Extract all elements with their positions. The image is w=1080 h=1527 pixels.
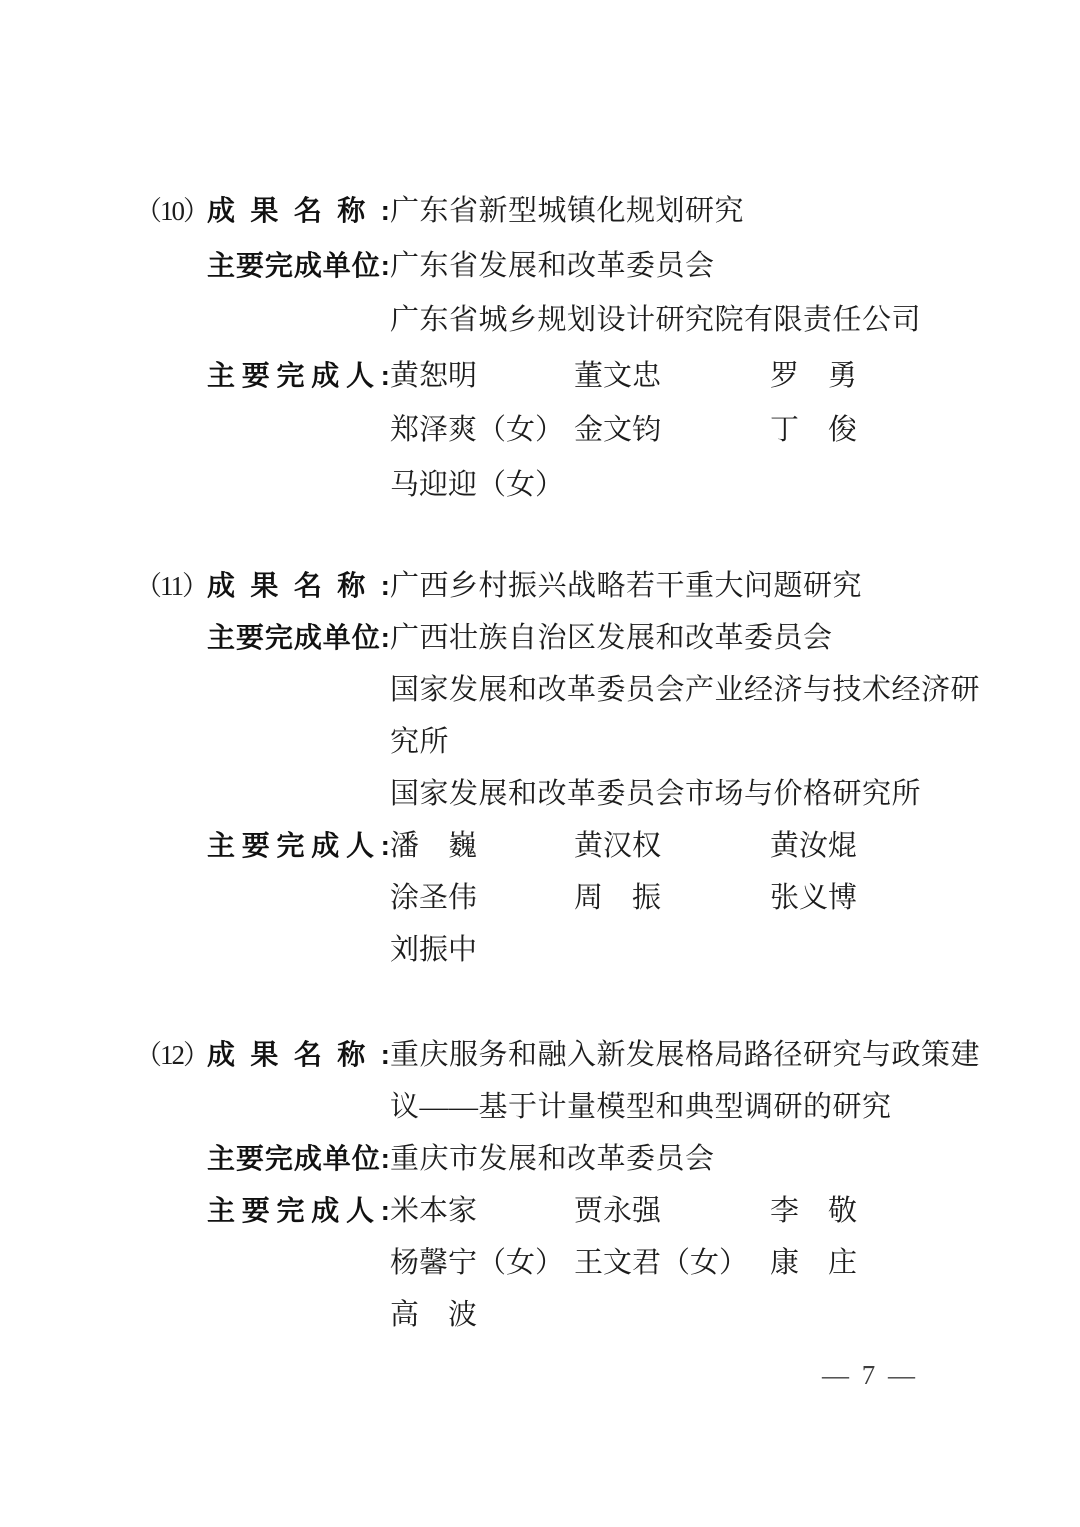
person-name: 贾永强 [574, 1185, 770, 1237]
entry-11-units-row-3: 究所 [135, 716, 1035, 768]
person-name: 王文君（女） [574, 1237, 770, 1289]
entry-11-units-row-4: 国家发展和改革委员会市场与价格研究所 [135, 768, 1035, 820]
person-name: 李 敬 [770, 1185, 857, 1237]
person-names: 高 波 [390, 1289, 574, 1341]
label-main-units: 主要完成单位: [207, 1133, 390, 1185]
entry-12-persons-row-2: 杨馨宁（女） 王文君（女） 康 庄 [135, 1237, 1035, 1289]
person-name: 张义博 [770, 872, 857, 924]
person-name: 康 庄 [770, 1237, 857, 1289]
entry-10-persons-row-2: 郑泽爽（女） 金文钧 丁 俊 [135, 403, 1035, 458]
person-names: 刘振中 [390, 924, 574, 976]
label-main-units: 主要完成单位: [207, 612, 390, 664]
person-name: 米本家 [390, 1185, 574, 1237]
entry-12-index: （12） [135, 1029, 207, 1081]
entry-11-name-line-1: 广西乡村振兴战略若干重大问题研究 [390, 560, 862, 612]
label-achievement-name: 成果名称: [207, 183, 390, 238]
label-main-units: 主要完成单位: [207, 238, 390, 293]
person-name: 郑泽爽（女） [390, 403, 574, 458]
person-name: 杨馨宁（女） [390, 1237, 574, 1289]
person-name: 黄汉权 [574, 820, 770, 872]
label-achievement-name: 成果名称: [207, 560, 390, 612]
entry-10-name-row: （10） 成果名称: 广东省新型城镇化规划研究 [135, 183, 1035, 238]
entry-10: （10） 成果名称: 广东省新型城镇化规划研究 主要完成单位: 广东省发展和改革… [135, 183, 1035, 513]
entry-10-units-row-2: 广东省城乡规划设计研究院有限责任公司 [135, 293, 1035, 348]
person-names: 潘 巍 黄汉权 黄汝焜 [390, 820, 857, 872]
document-page: { "document": { "page_number": "— 7 —", … [0, 0, 1080, 1527]
label-achievement-name: 成果名称: [207, 1029, 390, 1081]
person-names: 黄恕明 董文忠 罗 勇 [390, 349, 857, 404]
person-name: 刘振中 [390, 924, 574, 976]
entry-11-units-row-1: 主要完成单位: 广西壮族自治区发展和改革委员会 [135, 612, 1035, 664]
person-names: 郑泽爽（女） 金文钧 丁 俊 [390, 403, 857, 458]
entry-10-persons-row-1: 主要完成人: 黄恕明 董文忠 罗 勇 [135, 348, 1035, 403]
entry-12-name-line-1: 重庆服务和融入新发展格局路径研究与政策建 [390, 1029, 980, 1081]
entry-11-persons-row-1: 主要完成人: 潘 巍 黄汉权 黄汝焜 [135, 820, 1035, 872]
entry-11-name-row: （11） 成果名称: 广西乡村振兴战略若干重大问题研究 [135, 560, 1035, 612]
person-names: 杨馨宁（女） 王文君（女） 康 庄 [390, 1237, 857, 1289]
person-name: 黄汝焜 [770, 820, 857, 872]
person-names: 马迎迎（女） [390, 458, 574, 513]
entry-12-persons-row-1: 主要完成人: 米本家 贾永强 李 敬 [135, 1185, 1035, 1237]
entry-12-name-row: （12） 成果名称: 重庆服务和融入新发展格局路径研究与政策建 [135, 1029, 1035, 1081]
person-name: 周 振 [574, 872, 770, 924]
entry-11-unit-line-1: 广西壮族自治区发展和改革委员会 [390, 612, 833, 664]
person-names: 米本家 贾永强 李 敬 [390, 1185, 857, 1237]
person-name: 涂圣伟 [390, 872, 574, 924]
label-main-persons: 主要完成人: [207, 1185, 390, 1237]
entry-10-units-row-1: 主要完成单位: 广东省发展和改革委员会 [135, 238, 1035, 293]
entry-10-name-line-1: 广东省新型城镇化规划研究 [390, 184, 744, 239]
person-name: 潘 巍 [390, 820, 574, 872]
person-name: 丁 俊 [770, 403, 857, 458]
person-name: 黄恕明 [390, 349, 574, 404]
entry-10-unit-line-2: 广东省城乡规划设计研究院有限责任公司 [390, 293, 921, 348]
label-main-persons: 主要完成人: [207, 348, 390, 403]
person-name: 金文钧 [574, 403, 770, 458]
entry-11-unit-line-3: 究所 [390, 716, 449, 768]
entry-11-unit-line-2: 国家发展和改革委员会产业经济与技术经济研 [390, 664, 980, 716]
label-main-persons: 主要完成人: [207, 820, 390, 872]
person-names: 涂圣伟 周 振 张义博 [390, 872, 857, 924]
person-name: 马迎迎（女） [390, 458, 574, 513]
entry-12-name-line-2: 议——基于计量模型和典型调研的研究 [390, 1081, 892, 1133]
entry-12-unit-line-1: 重庆市发展和改革委员会 [390, 1133, 715, 1185]
page-number: — 7 — [822, 1358, 918, 1392]
entry-11-units-row-2: 国家发展和改革委员会产业经济与技术经济研 [135, 664, 1035, 716]
entry-11-persons-row-3: 刘振中 [135, 924, 1035, 976]
entry-11-persons-row-2: 涂圣伟 周 振 张义博 [135, 872, 1035, 924]
entry-11: （11） 成果名称: 广西乡村振兴战略若干重大问题研究 主要完成单位: 广西壮族… [135, 560, 1035, 976]
person-name: 高 波 [390, 1289, 574, 1341]
entry-12: （12） 成果名称: 重庆服务和融入新发展格局路径研究与政策建 议——基于计量模… [135, 1029, 1035, 1341]
entry-12-units-row-1: 主要完成单位: 重庆市发展和改革委员会 [135, 1133, 1035, 1185]
entry-12-persons-row-3: 高 波 [135, 1289, 1035, 1341]
entry-10-persons-row-3: 马迎迎（女） [135, 458, 1035, 513]
person-name: 董文忠 [574, 349, 770, 404]
entry-11-index: （11） [135, 560, 207, 612]
entry-12-name-row-2: 议——基于计量模型和典型调研的研究 [135, 1081, 1035, 1133]
person-name: 罗 勇 [770, 349, 857, 404]
entry-11-unit-line-4: 国家发展和改革委员会市场与价格研究所 [390, 768, 921, 820]
entry-10-index: （10） [135, 184, 207, 239]
entry-10-unit-line-1: 广东省发展和改革委员会 [390, 239, 715, 294]
